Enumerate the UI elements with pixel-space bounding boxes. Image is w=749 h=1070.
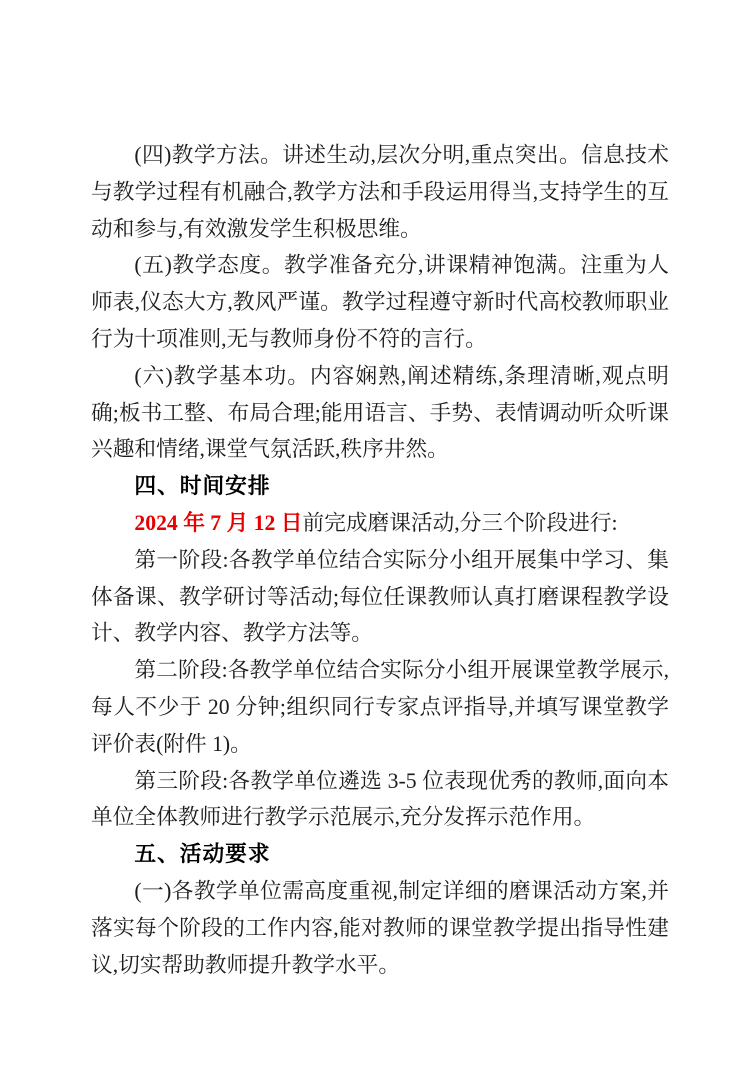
heading-activity-requirements: 五、活动要求 xyxy=(91,836,669,873)
heading-time-schedule: 四、时间安排 xyxy=(91,468,669,505)
paragraph-stage-two: 第二阶段:各教学单位结合实际分小组开展课堂教学展示,每人不少于 20 分钟;组织… xyxy=(91,652,669,762)
deadline-rest-text: 前完成磨课活动,分三个阶段进行: xyxy=(302,511,617,535)
paragraph-teaching-attitude: (五)教学态度。教学准备充分,讲课精神饱满。注重为人师表,仪态大方,教风严谨。教… xyxy=(91,247,669,357)
paragraph-teaching-method: (四)教学方法。讲述生动,层次分明,重点突出。信息技术与教学过程有机融合,教学方… xyxy=(91,137,669,247)
paragraph-stage-three: 第三阶段:各教学单位遴选 3-5 位表现优秀的教师,面向本单位全体教师进行教学示… xyxy=(91,763,669,837)
paragraph-deadline: 2024 年 7 月 12 日前完成磨课活动,分三个阶段进行: xyxy=(91,505,669,542)
document-text-body: (四)教学方法。讲述生动,层次分明,重点突出。信息技术与教学过程有机融合,教学方… xyxy=(91,137,669,983)
paragraph-requirement-one: (一)各教学单位需高度重视,制定详细的磨课活动方案,并落实每个阶段的工作内容,能… xyxy=(91,873,669,983)
paragraph-teaching-basic-skills: (六)教学基本功。内容娴熟,阐述精练,条理清晰,观点明确;板书工整、布局合理;能… xyxy=(91,358,669,468)
deadline-date-highlight: 2024 年 7 月 12 日 xyxy=(134,511,302,535)
paragraph-stage-one: 第一阶段:各教学单位结合实际分小组开展集中学习、集体备课、教学研讨等活动;每位任… xyxy=(91,542,669,652)
document-page: (四)教学方法。讲述生动,层次分明,重点突出。信息技术与教学过程有机融合,教学方… xyxy=(0,0,749,1070)
